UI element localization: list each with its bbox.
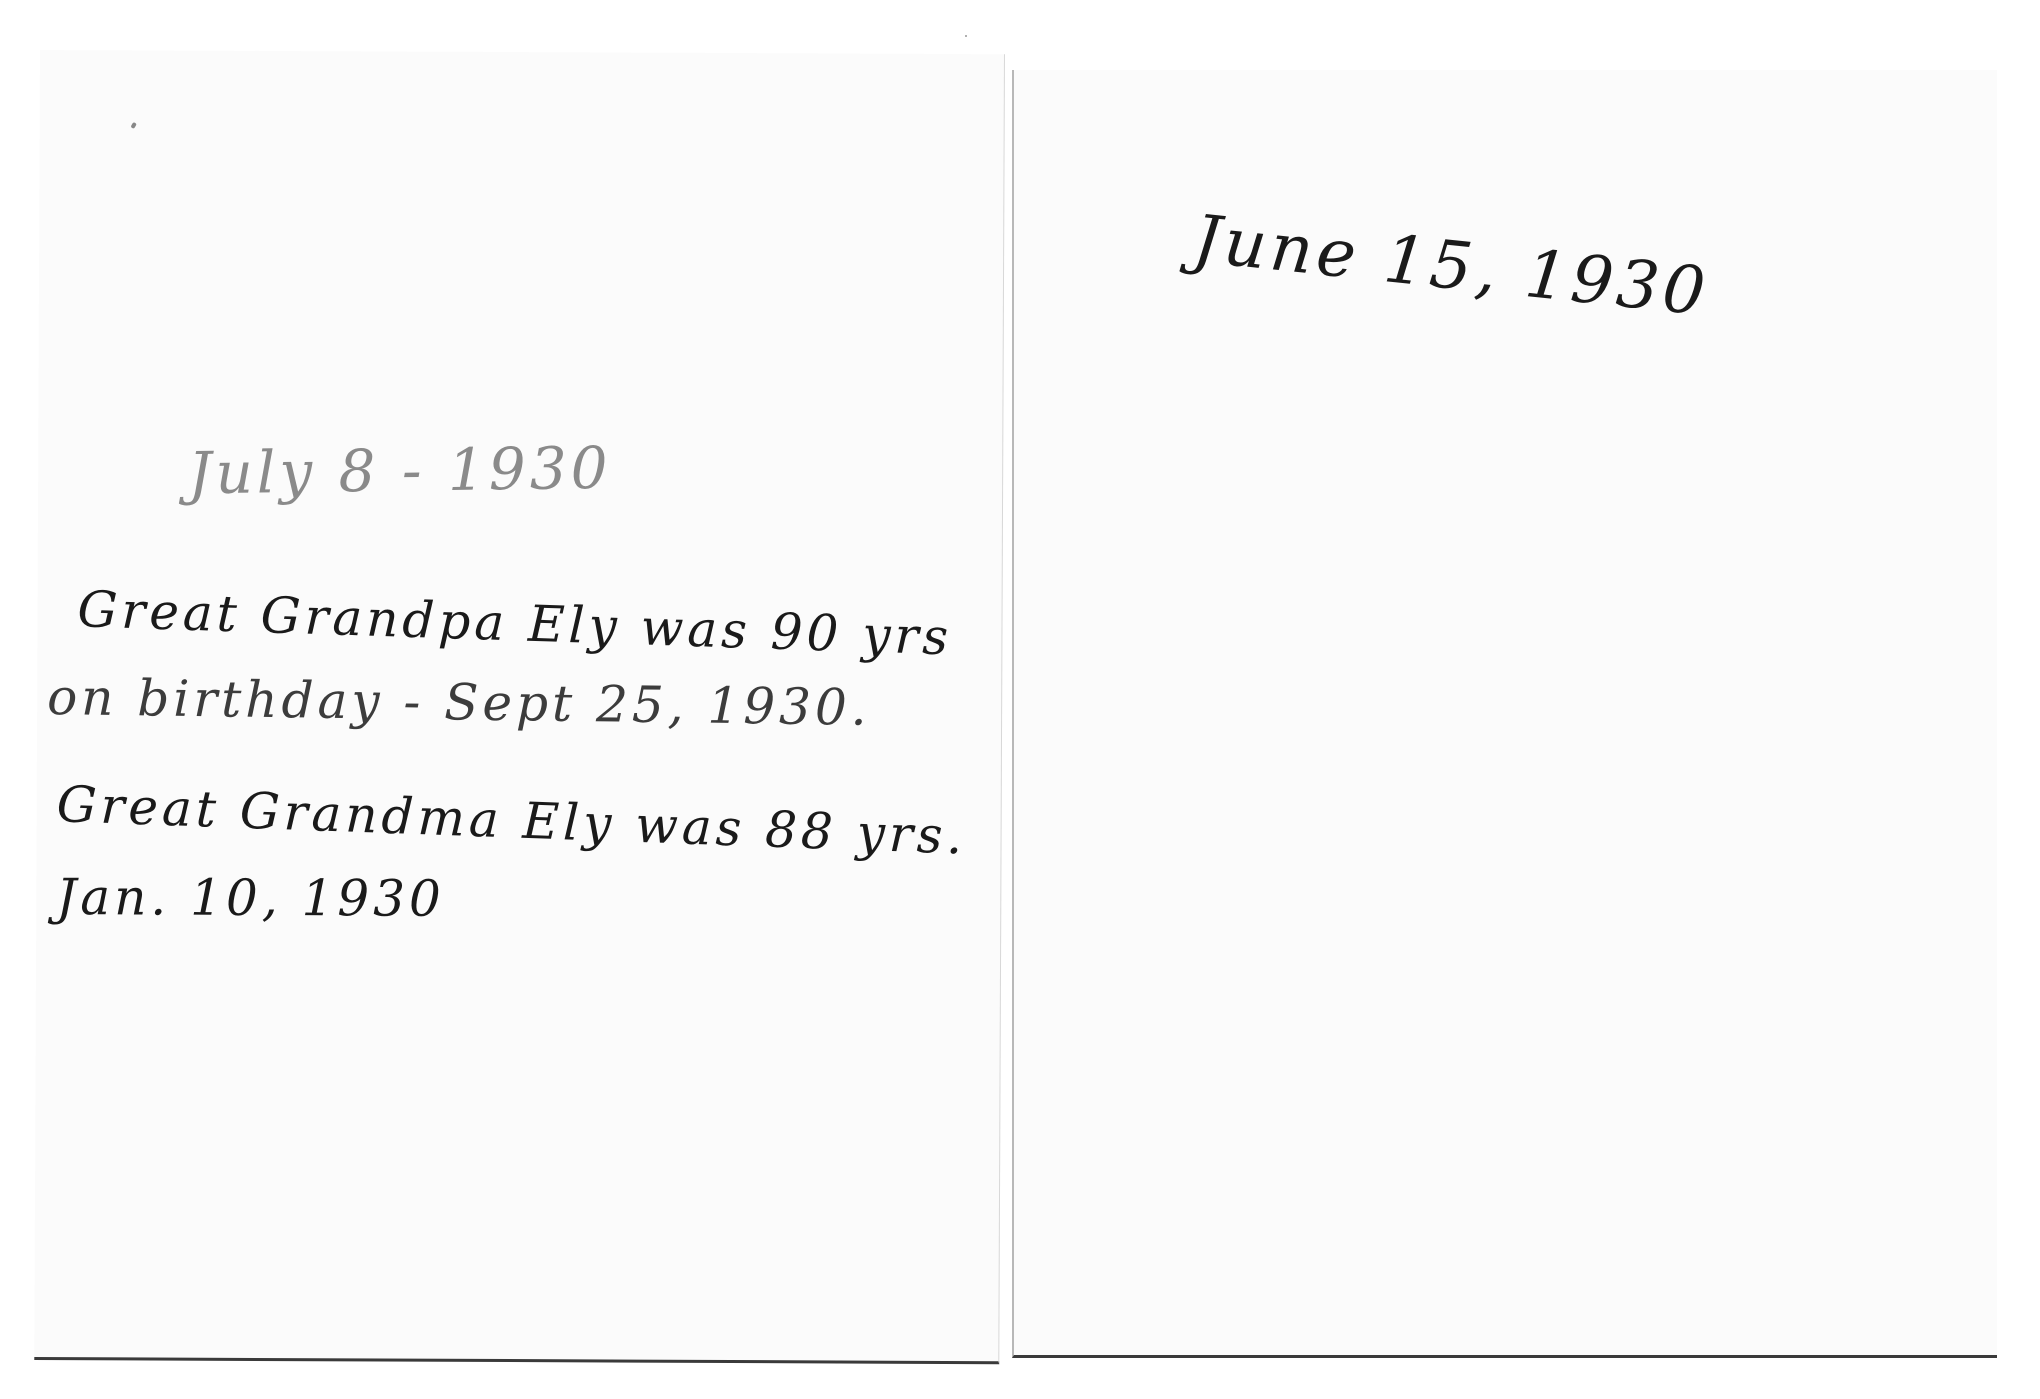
left-card-date: July 8 - 1930 bbox=[188, 434, 612, 508]
left-photo-back: July 8 - 1930 Great Grandpa Ely was 90 y… bbox=[34, 50, 1005, 1364]
left-card-line-2: on birthday - Sept 25, 1930. bbox=[47, 668, 871, 737]
scan-speck bbox=[130, 122, 136, 129]
right-photo-back: June 15, 1930 bbox=[1012, 70, 1997, 1358]
left-card-line-4: Jan. 10, 1930 bbox=[56, 868, 445, 928]
right-card-date: June 15, 1930 bbox=[1190, 200, 1713, 331]
scan-speck bbox=[965, 35, 967, 37]
left-card-line-1: Great Grandpa Ely was 90 yrs bbox=[77, 580, 953, 666]
left-card-line-3: Great Grandma Ely was 88 yrs. bbox=[56, 775, 968, 866]
